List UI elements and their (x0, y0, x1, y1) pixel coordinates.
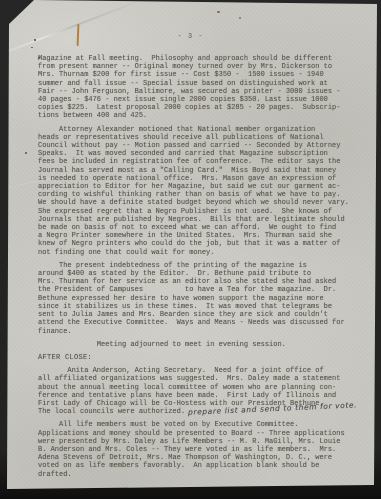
paragraph-magazine-finances: Magazine at Fall meeting. Philosophy and… (38, 55, 360, 121)
paper-speck (25, 152, 27, 154)
page-number: - 3 - (0, 33, 381, 41)
paragraph-printing-indebtedness: The present indebtedness of the printing… (38, 262, 360, 336)
paragraph-attorney-alexander-motion: Attorney Alexander motioned that Nationa… (38, 126, 360, 257)
after-close-heading: AFTER CLOSE: (38, 354, 360, 362)
paper-speck (239, 17, 241, 19)
document-page: - 3 - Magazine at Fall meeting. Philosop… (0, 0, 381, 499)
paper-crease (0, 0, 145, 60)
photo-canvas: - 3 - Magazine at Fall meeting. Philosop… (0, 0, 381, 499)
paper-speck (31, 47, 33, 48)
paper-speck (217, 11, 220, 13)
typewritten-text: Magazine at Fall meeting. Philosophy and… (38, 55, 360, 484)
line-meeting-adjourned: Meeting adjourned to meet in evening ses… (38, 341, 360, 349)
paragraph-life-members: All life members must be voted on by Exe… (38, 421, 360, 478)
